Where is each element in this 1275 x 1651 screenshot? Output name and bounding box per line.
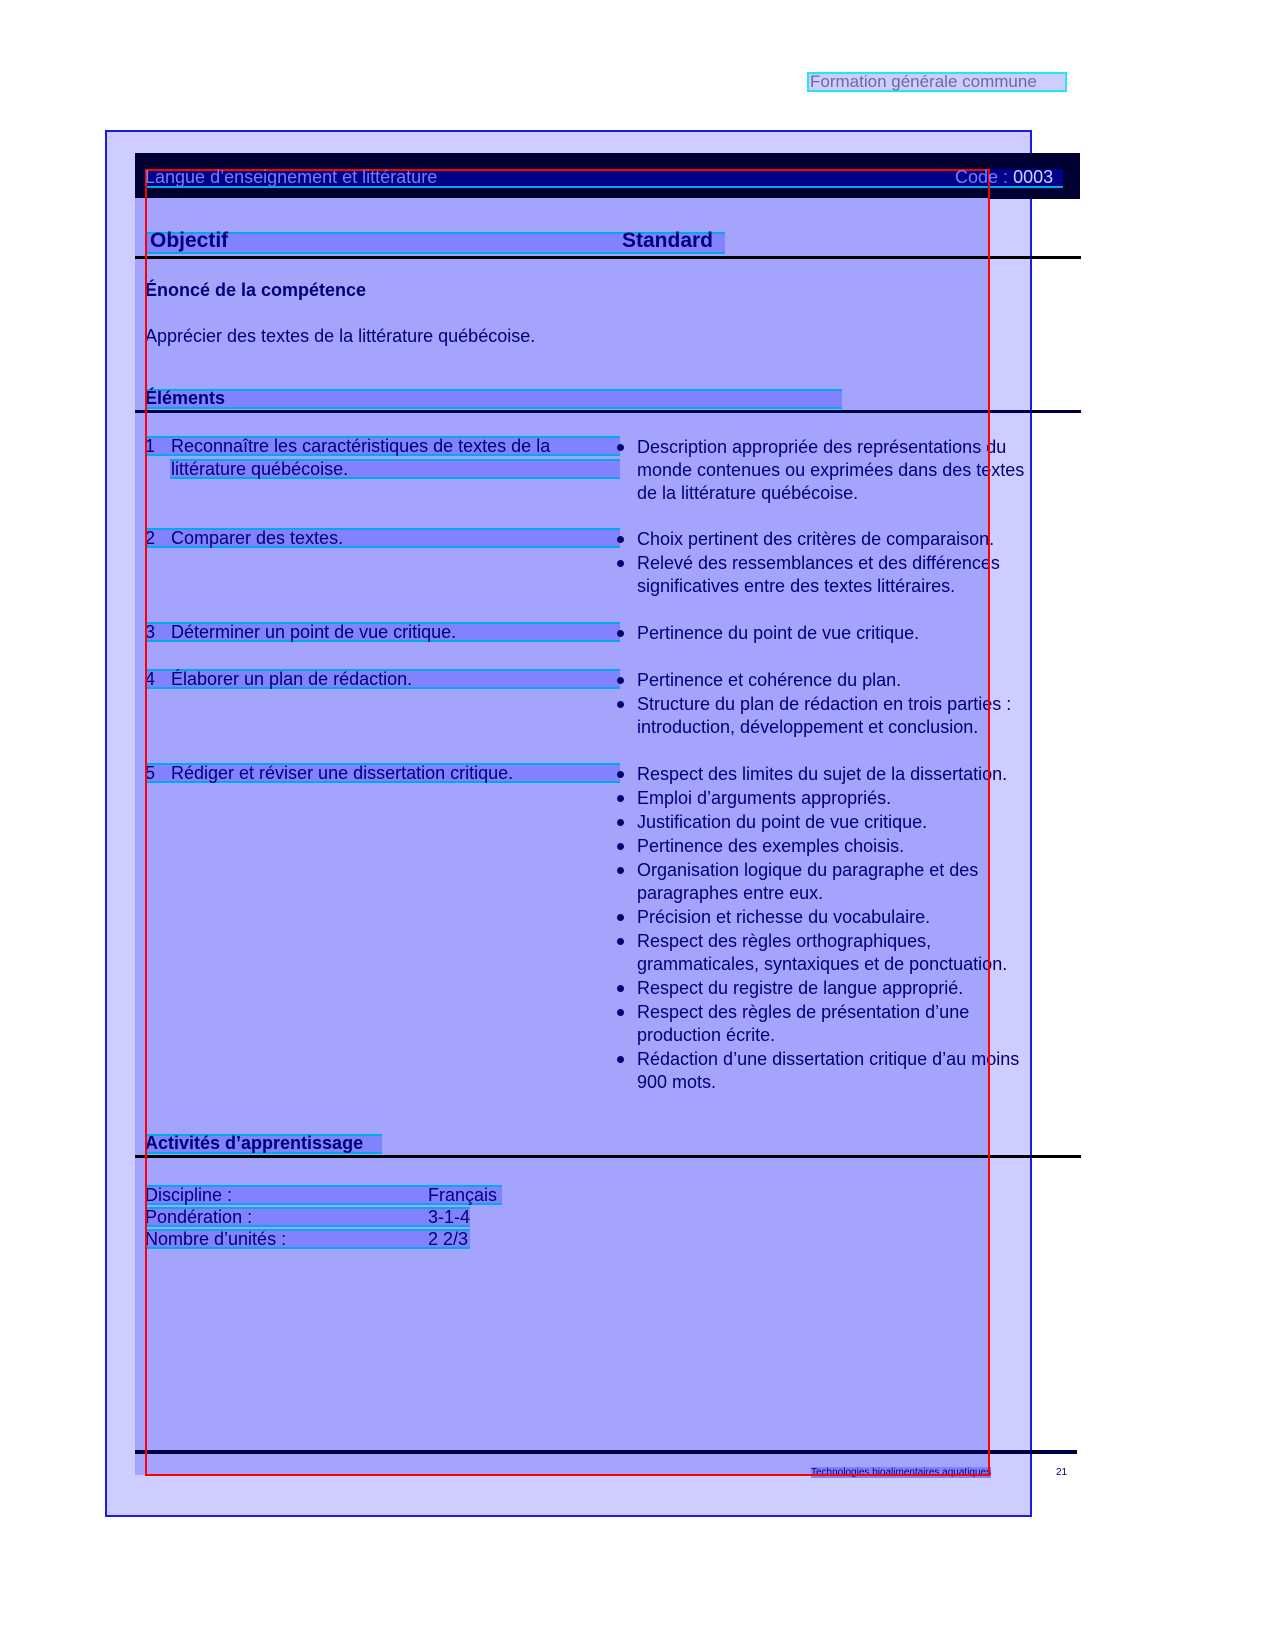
criterion-text: Pertinence du point de vue critique.: [637, 622, 919, 644]
criterion-text: Respect du registre de langue approprié.: [637, 977, 963, 999]
criterion-text: Structure du plan de rédaction en trois …: [637, 693, 1011, 715]
bullet-icon: [617, 560, 624, 567]
criterion-text: Rédaction d’une dissertation critique d’…: [637, 1048, 1019, 1070]
code-value: 0003: [1013, 167, 1053, 187]
element-text: Comparer des textes.: [171, 527, 343, 549]
criterion-text: Justification du point de vue critique.: [637, 811, 927, 833]
program-category-note: Formation générale commune: [807, 72, 1067, 92]
activity-label: Pondération :: [145, 1206, 252, 1228]
criterion-text: Respect des règles orthographiques,: [637, 930, 931, 952]
criterion-text: Précision et richesse du vocabulaire.: [637, 906, 930, 928]
bullet-icon: [617, 819, 624, 826]
course-code: Code : 0003: [955, 167, 1053, 188]
criterion-text: Choix pertinent des critères de comparai…: [637, 528, 994, 550]
criterion-text: Organisation logique du paragraphe et de…: [637, 859, 978, 881]
columns-band: [145, 389, 842, 409]
divider: [135, 410, 1081, 413]
page-number: 21: [1056, 1467, 1067, 1478]
bullet-icon: [617, 938, 624, 945]
standard-heading: Standard: [622, 230, 713, 252]
activity-value: 2 2/3: [428, 1228, 468, 1250]
criterion-text: paragraphes entre eux.: [637, 882, 823, 904]
bullet-icon: [617, 536, 624, 543]
element-number: 5: [145, 762, 155, 784]
criterion-text: Respect des limites du sujet de la disse…: [637, 763, 1007, 785]
criterion-text: Relevé des ressemblances et des différen…: [637, 552, 1000, 574]
element-text: Élaborer un plan de rédaction.: [171, 668, 412, 690]
criterion-text: Emploi d’arguments appropriés.: [637, 787, 891, 809]
element-text: Rédiger et réviser une dissertation crit…: [171, 762, 513, 784]
element-number: 4: [145, 668, 155, 690]
activities-heading: Activités d’apprentissage: [145, 1132, 363, 1154]
bullet-icon: [617, 1056, 624, 1063]
footer-program: Technologies bioalimentaires aquatiques: [811, 1467, 991, 1478]
criterion-text: Pertinence des exemples choisis.: [637, 835, 904, 857]
bullet-icon: [617, 701, 624, 708]
criterion-text: Respect des règles de présentation d’une: [637, 1001, 969, 1023]
bullet-icon: [617, 630, 624, 637]
competence-statement: Apprécier des textes de la littérature q…: [145, 325, 535, 347]
criterion-text: 900 mots.: [637, 1071, 716, 1093]
element-text: Reconnaître les caractéristiques de text…: [171, 435, 550, 457]
criterion-text: significatives entre des textes littérai…: [637, 575, 955, 597]
objectif-heading: Objectif: [150, 230, 228, 252]
criterion-text: de la littérature québécoise.: [637, 482, 858, 504]
activity-value: Français: [428, 1184, 497, 1206]
element-number: 3: [145, 621, 155, 643]
bullet-icon: [617, 1009, 624, 1016]
bullet-icon: [617, 677, 624, 684]
activity-value: 3-1-4: [428, 1206, 470, 1228]
bullet-icon: [617, 985, 624, 992]
bullet-icon: [617, 867, 624, 874]
criterion-text: introduction, développement et conclusio…: [637, 716, 978, 738]
element-text: Déterminer un point de vue critique.: [171, 621, 456, 643]
activity-label: Nombre d’unités :: [145, 1228, 286, 1250]
criterion-text: Pertinence et cohérence du plan.: [637, 669, 901, 691]
activity-label: Discipline :: [145, 1184, 232, 1206]
criterion-text: production écrite.: [637, 1024, 775, 1046]
divider: [135, 1155, 1081, 1158]
criterion-text: Description appropriée des représentatio…: [637, 436, 1006, 458]
code-label: Code :: [955, 167, 1008, 187]
element-number: 1: [145, 435, 155, 457]
elements-heading: Éléments: [145, 387, 225, 409]
criterion-text: grammaticales, syntaxiques et de ponctua…: [637, 953, 1007, 975]
bullet-icon: [617, 795, 624, 802]
course-title: Langue d’enseignement et littérature: [145, 167, 437, 188]
bullet-icon: [617, 444, 624, 451]
bullet-icon: [617, 771, 624, 778]
competence-heading: Énoncé de la compétence: [145, 279, 366, 301]
bullet-icon: [617, 843, 624, 850]
bullet-icon: [617, 914, 624, 921]
element-text: littérature québécoise.: [171, 458, 348, 480]
criterion-text: monde contenues ou exprimées dans des te…: [637, 459, 1024, 481]
divider: [135, 256, 1081, 259]
footer-rule: [135, 1450, 1077, 1454]
element-number: 2: [145, 527, 155, 549]
